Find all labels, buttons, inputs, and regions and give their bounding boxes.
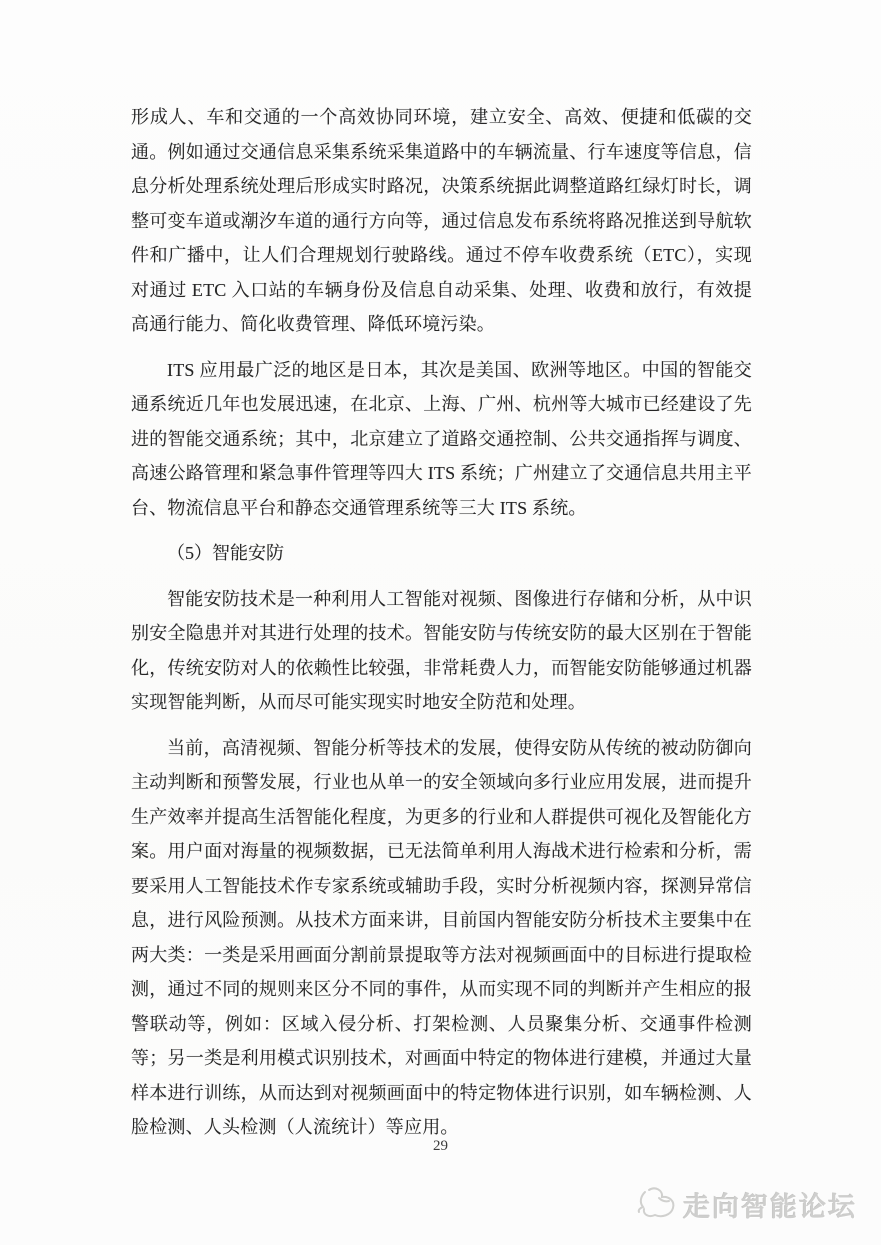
paragraph-its-environment: 形成人、车和交通的一个高效协同环境，建立安全、高效、便捷和低碳的交通。例如通过交… — [131, 100, 752, 342]
watermark-text: 走向智能论坛 — [683, 1185, 857, 1224]
document-page: 形成人、车和交通的一个高效协同环境，建立安全、高效、便捷和低碳的交通。例如通过交… — [0, 0, 881, 1245]
paragraph-smart-security-definition: 智能安防技术是一种利用人工智能对视频、图像进行存储和分析，从中识别安全隐患并对其… — [131, 582, 752, 720]
page-number: 29 — [0, 1138, 881, 1155]
page-body: 形成人、车和交通的一个高效协同环境，建立安全、高效、便捷和低碳的交通。例如通过交… — [131, 100, 752, 1156]
paragraph-its-regions: ITS 应用最广泛的地区是日本，其次是美国、欧洲等地区。中国的智能交通系统近几年… — [131, 353, 752, 526]
dove-logo-icon — [635, 1184, 679, 1224]
section-heading-smart-security: （5）智能安防 — [131, 536, 752, 571]
watermark: 走向智能论坛 — [635, 1184, 857, 1224]
paragraph-smart-security-technology: 当前，高清视频、智能分析等技术的发展，使得安防从传统的被动防御向主动判断和预警发… — [131, 731, 752, 1145]
